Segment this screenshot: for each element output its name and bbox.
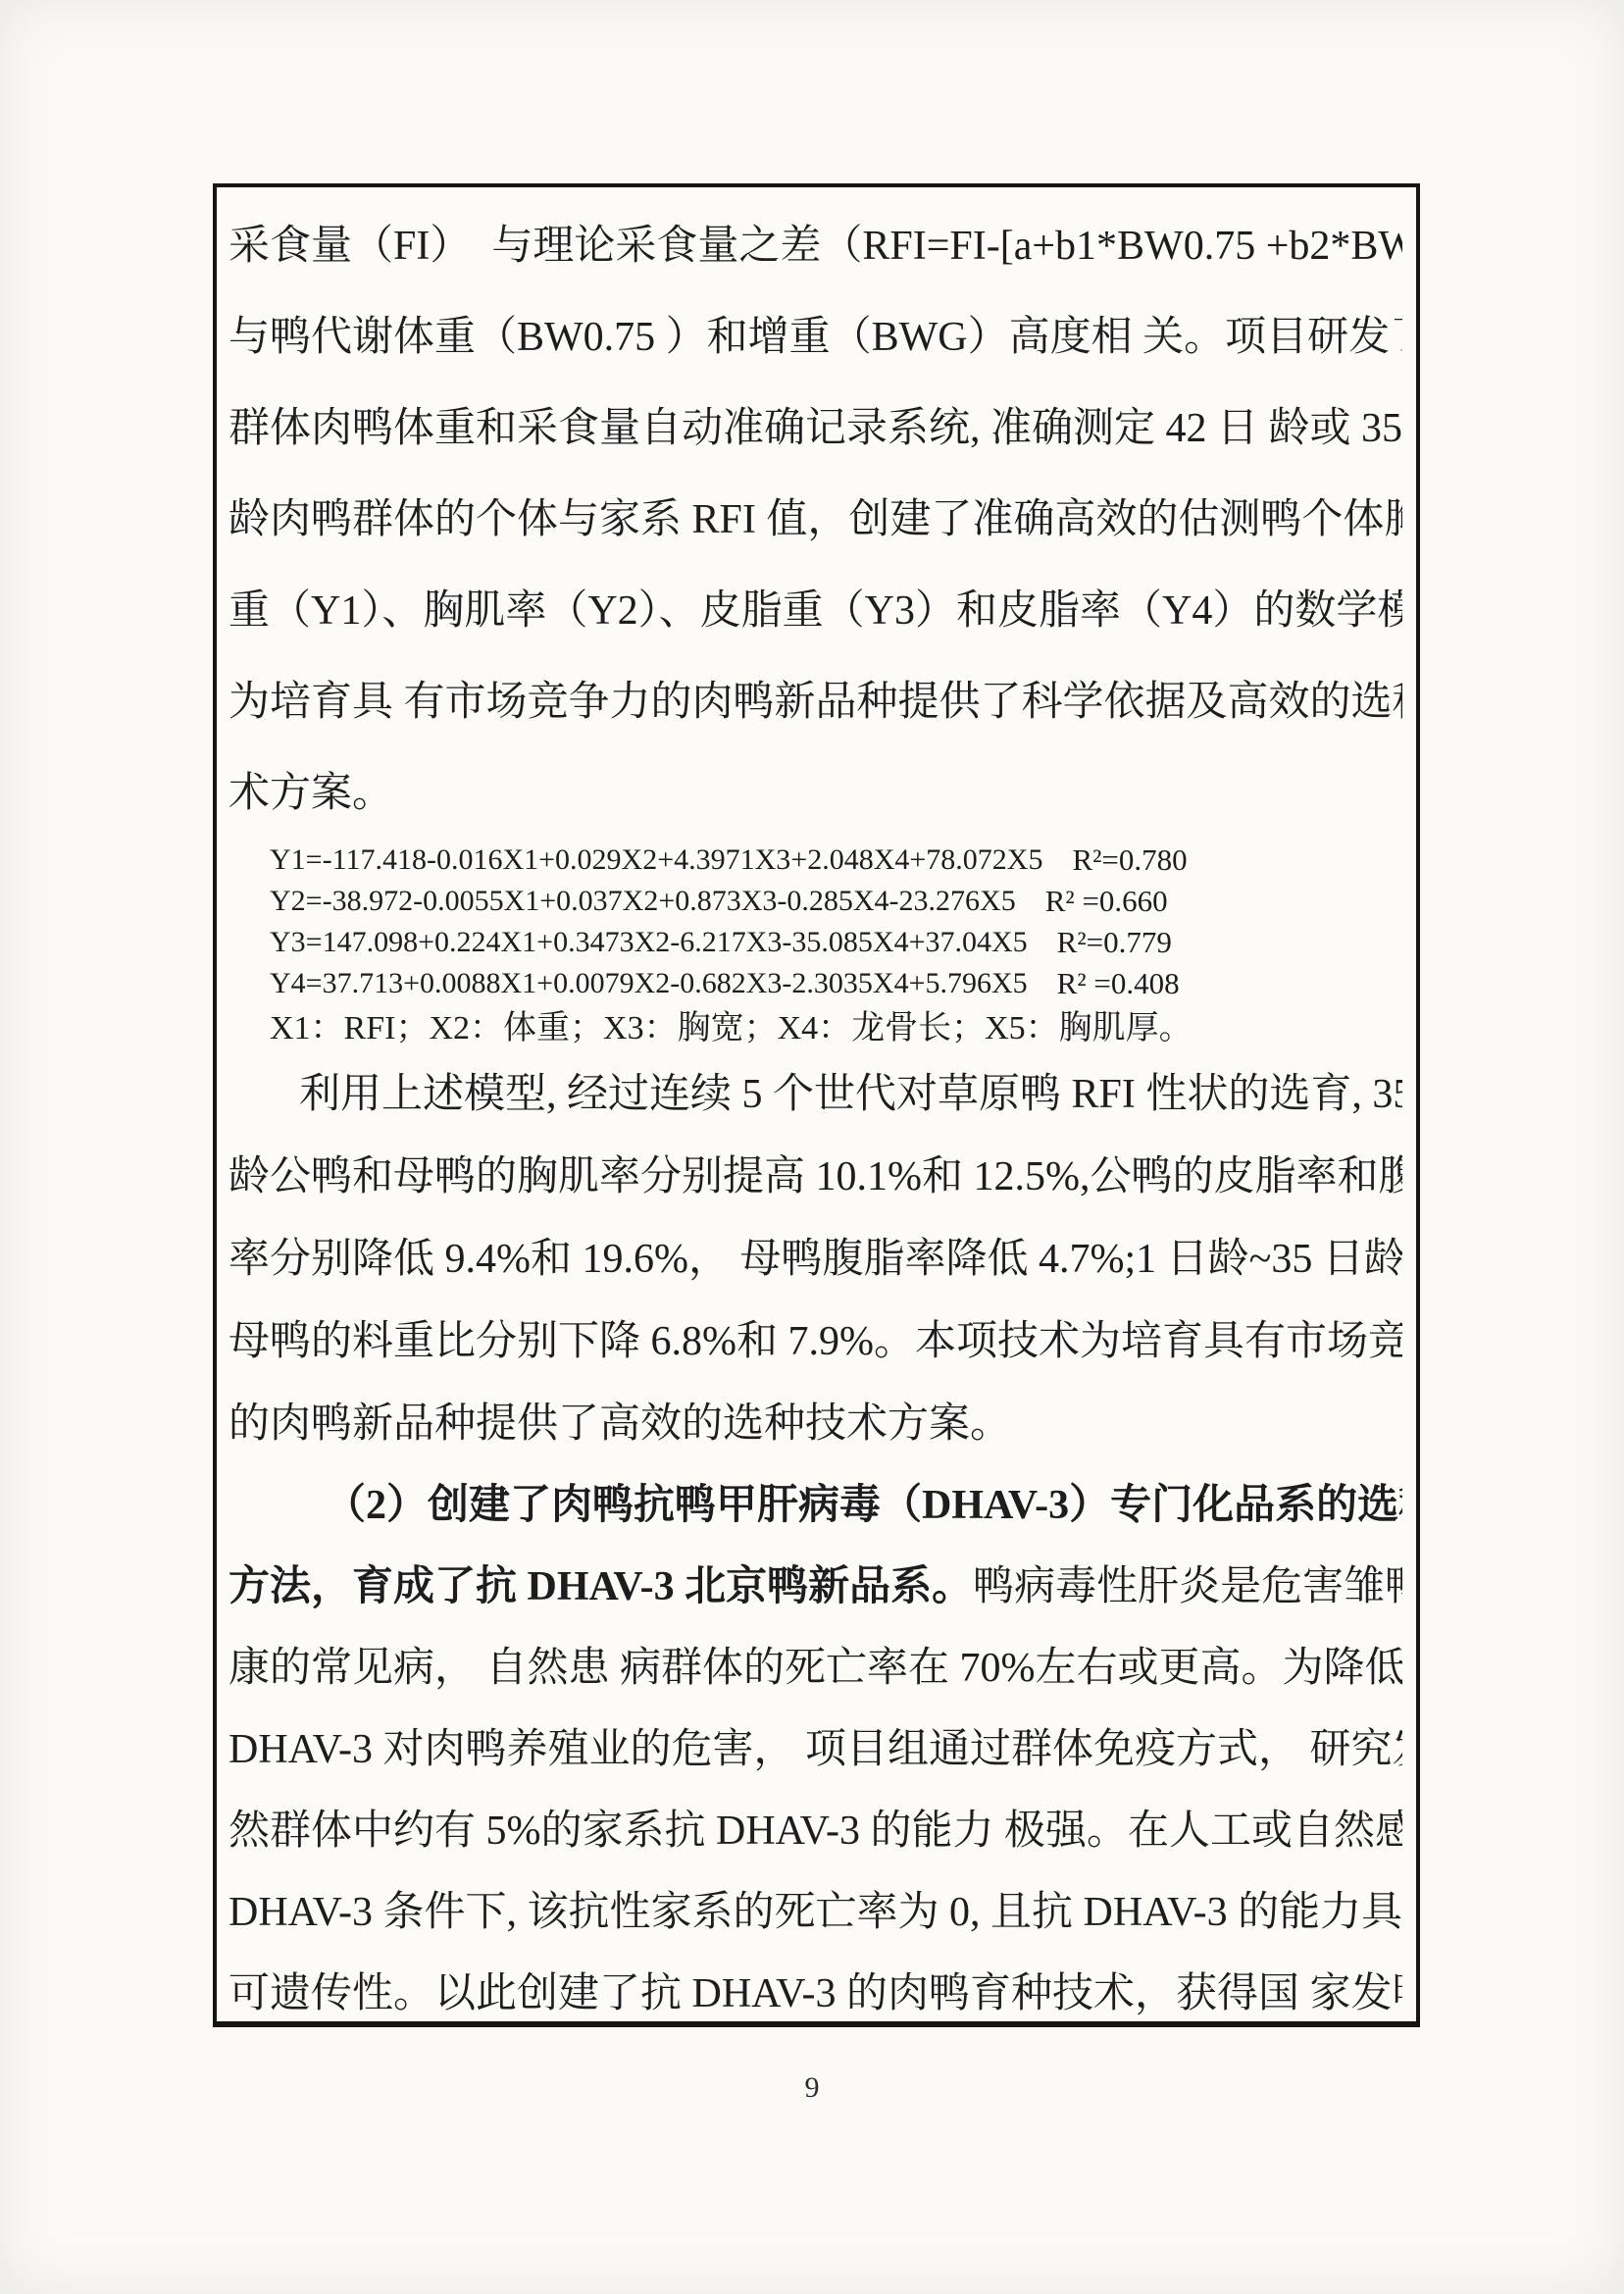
body-text-line: 率分别降低 9.4%和 19.6%， 母鸭腹脂率降低 4.7%;1 日龄~35 …	[228, 1218, 1402, 1300]
formula-row-y1: Y1=-117.418-0.016X1+0.029X2+4.3971X3+2.0…	[270, 840, 1396, 881]
body-text-line: DHAV-3 对肉鸭养殖业的危害， 项目组通过群体免疫方式， 研究发现自	[228, 1709, 1402, 1791]
body-text-line: 为培育具 有市场竞争力的肉鸭新品种提供了科学依据及高效的选种技	[228, 657, 1402, 748]
body-text-line: 群体肉鸭体重和采食量自动准确记录系统, 准确测定 42 日 龄或 35 日	[228, 383, 1402, 475]
formula-equation: Y1=-117.418-0.016X1+0.029X2+4.3971X3+2.0…	[270, 840, 1042, 881]
formula-row-y2: Y2=-38.972-0.0055X1+0.037X2+0.873X3-0.28…	[270, 881, 1396, 922]
body-text-line: 康的常见病， 自然患 病群体的死亡率在 70%左右或更高。为降低	[228, 1628, 1402, 1709]
regression-formula-block: Y1=-117.418-0.016X1+0.029X2+4.3971X3+2.0…	[228, 840, 1402, 1053]
body-text-line: 然群体中约有 5%的家系抗 DHAV-3 的能力 极强。在人工或自然感染	[228, 1791, 1402, 1872]
body-text-line: 可遗传性。以此创建了抗 DHAV-3 的肉鸭育种技术，获得国 家发明专	[228, 1954, 1402, 2027]
paragraph-3-section-2: （2）创建了肉鸭抗鸭甲肝病毒（DHAV-3）专门化品系的选种 方法，育成了抗 D…	[228, 1465, 1402, 2027]
formula-equation: Y2=-38.972-0.0055X1+0.037X2+0.873X3-0.28…	[270, 881, 1016, 922]
scanned-document-page: { "page": { "number": "9", "ink_color": …	[0, 0, 1624, 2294]
body-text-line: 术方案。	[228, 748, 1402, 840]
formula-r-squared: R²=0.780	[1042, 840, 1396, 881]
body-text-line: 母鸭的料重比分别下降 6.8%和 7.9%。本项技术为培育具有市场竞争力	[228, 1300, 1402, 1383]
body-text-line: 龄肉鸭群体的个体与家系 RFI 值，创建了准确高效的估测鸭个体胸肌	[228, 475, 1402, 566]
formula-equation: Y3=147.098+0.224X1+0.3473X2-6.217X3-35.0…	[270, 922, 1028, 963]
body-text-line: 重（Y1）、胸肌率（Y2）、皮脂重（Y3）和皮脂率（Y4）的数学模型，	[228, 566, 1402, 657]
body-text-line: 与鸭代谢体重（BW0.75 ）和增重（BWG）高度相 关。项目研发了自然	[228, 292, 1402, 383]
formula-r-squared: R² =0.660	[1016, 881, 1396, 922]
formula-equation: Y4=37.713+0.0088X1+0.0079X2-0.682X3-2.30…	[270, 963, 1028, 1004]
body-text-line: 龄公鸭和母鸭的胸肌率分别提高 10.1%和 12.5%,公鸭的皮脂率和腹脂	[228, 1136, 1402, 1218]
body-text: 鸭病毒性肝炎是危害雏鸭健	[973, 1564, 1402, 1609]
document-text-border-frame: 采食量（FI） 与理论采食量之差（RFI=FI-[a+b1*BW0.75 +b2…	[213, 183, 1420, 2027]
section-heading-continuation-line: 方法，育成了抗 DHAV-3 北京鸭新品系。鸭病毒性肝炎是危害雏鸭健	[228, 1547, 1402, 1628]
formula-row-y3: Y3=147.098+0.224X1+0.3473X2-6.217X3-35.0…	[270, 922, 1396, 963]
formula-row-y4: Y4=37.713+0.0088X1+0.0079X2-0.682X3-2.30…	[270, 963, 1396, 1004]
formula-r-squared: R²=0.779	[1028, 922, 1396, 963]
section-heading-line: （2）创建了肉鸭抗鸭甲肝病毒（DHAV-3）专门化品系的选种	[228, 1465, 1402, 1547]
paragraph-1: 采食量（FI） 与理论采食量之差（RFI=FI-[a+b1*BW0.75 +b2…	[228, 201, 1402, 840]
body-text-line: DHAV-3 条件下, 该抗性家系的死亡率为 0, 且抗 DHAV-3 的能力具…	[228, 1872, 1402, 1954]
formula-variable-legend: X1：RFI；X2：体重；X3：胸宽；X4：龙骨长；X5：胸肌厚。	[270, 1004, 1396, 1053]
body-text-line: 的肉鸭新品种提供了高效的选种技术方案。	[228, 1383, 1402, 1465]
paragraph-2: 利用上述模型, 经过连续 5 个世代对草原鸭 RFI 性状的选育, 35 日 龄…	[228, 1053, 1402, 1465]
body-text-line: 利用上述模型, 经过连续 5 个世代对草原鸭 RFI 性状的选育, 35 日	[228, 1053, 1402, 1136]
heading-bold-text: 方法，育成了抗 DHAV-3 北京鸭新品系。	[228, 1564, 973, 1609]
formula-r-squared: R² =0.408	[1028, 963, 1396, 1004]
body-text-line: 采食量（FI） 与理论采食量之差（RFI=FI-[a+b1*BW0.75 +b2…	[228, 201, 1402, 292]
page-number: 9	[0, 2071, 1624, 2105]
